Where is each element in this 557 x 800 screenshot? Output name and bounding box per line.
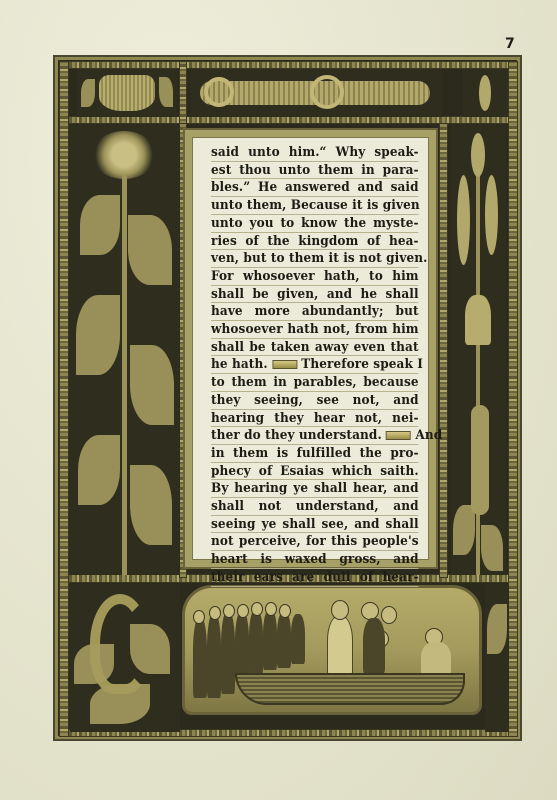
text-line: shall not understand, and [211,498,419,516]
paragraph-mark-icon [272,360,297,369]
thistle-dragon-ornament [70,584,180,732]
boat [235,673,465,705]
text-line: said unto him.“ Why speak- [211,144,419,162]
text-line: est thou unto them in para- [211,162,419,180]
scroll-ribbon-ornament [190,69,442,117]
text-line: By hearing ye shall hear, and [211,480,419,498]
text-line: unto them, Because it is given [211,197,419,215]
text-segment: he hath. [211,356,268,371]
paragraph-mark-icon [386,431,411,440]
text-line: not perceive, for this people's [211,533,419,551]
text-line: shall be taken away even that [211,339,419,357]
text-line-with-mark: ther do they understand. And [211,427,419,445]
text-line: in them is fulfilled the pro- [211,445,419,463]
central-figure [327,616,353,678]
text-line: For whosoever hath, to him [211,268,419,286]
text-line: ries of the kingdom of hea- [211,233,419,251]
bottom-right-ornament [485,584,509,732]
text-line: seeing ye shall see, and shall [211,516,419,534]
text-segment: ther do they understand. [211,427,382,442]
text-line: shall be given, and he shall [211,286,419,304]
text-line: phecy of Esaias which saith. [211,463,419,481]
page-number: 7 [505,36,515,52]
text-line: have more abundantly; but [211,303,419,321]
thistle-head-ornament [77,69,177,117]
boat-scene-illustration [182,585,482,715]
thistle-plant-ornament [70,125,180,575]
right-border-band [508,61,518,737]
text-segment: Therefore speak I [301,356,423,371]
text-line: hearing they hear not, nei- [211,410,419,428]
text-line: to them in parables, because [211,374,419,392]
right-inner-band [439,123,448,578]
text-line: heart is waxed gross, and [211,551,419,569]
text-line: unto you to know the myste- [211,215,419,233]
text-line: their ears are dull of hear- [211,569,419,587]
text-line: whosoever hath not, from him [211,321,419,339]
text-line: ven, but to them it is not given. [211,250,419,268]
text-line-with-mark: he hath. Therefore speak I [211,356,419,374]
scripture-text-panel: said unto him.“ Why speak- est thou unto… [183,128,438,569]
wheat-ears-ornament [451,125,506,575]
text-line: bles.” He answered and said [211,179,419,197]
scripture-text-area: said unto him.“ Why speak- est thou unto… [192,137,429,560]
top-divider-vertical [179,61,187,125]
text-line: they seeing, see not, and [211,392,419,410]
left-border-band [59,61,69,737]
top-border-band [61,61,514,69]
wheat-top-ornament [463,69,508,117]
text-segment: And [415,427,442,442]
